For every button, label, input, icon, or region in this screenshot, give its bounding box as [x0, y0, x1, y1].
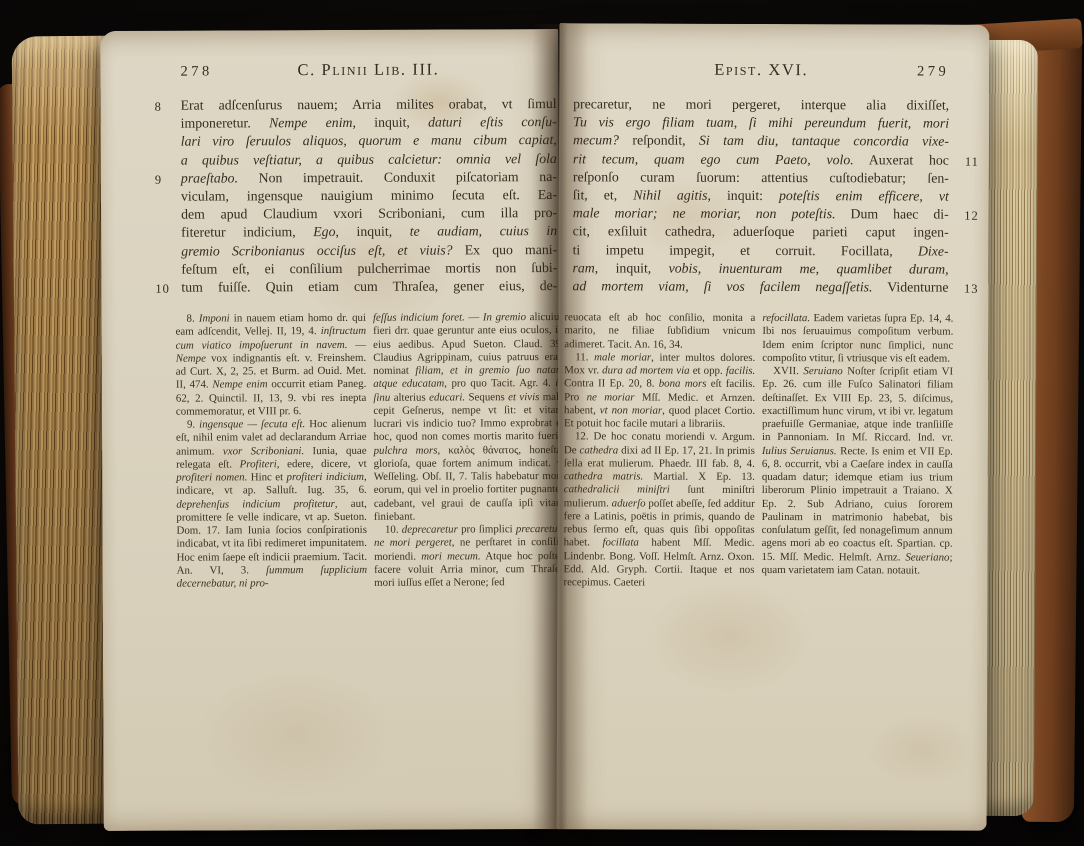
right-page-content: Epist. XVI. 279 precaretur, ne mori perg…: [573, 59, 949, 80]
italic-text: poteſtis enim efficere, vt: [779, 188, 949, 204]
text-line: mecum? reſpondit, Si tam diu, tantaque c…: [573, 132, 949, 152]
italic-text: Dixe-: [918, 243, 949, 258]
italic-text: cathedra matris.: [564, 470, 643, 482]
italic-text: refocillata.: [762, 312, 810, 324]
italic-text: vxor Scriboniani.: [223, 445, 304, 457]
text-line: 12male moriar; ne moriar, non poteſtis. …: [573, 205, 949, 225]
text-line: feſtum eſt, ei conſilium pulcherrimae mo…: [181, 259, 557, 279]
roman-text: —: [465, 311, 483, 323]
italic-text: ne moriar: [587, 391, 635, 403]
italic-text: Iulius Seruianus.: [762, 444, 837, 456]
roman-text: Hinc et: [247, 471, 286, 483]
italic-text: male moriar: [594, 351, 651, 363]
italic-text: ne mori pergeret: [374, 537, 452, 549]
roman-text: , inquit,: [595, 260, 669, 275]
text-line: 13ad mortem viam, ſi vos facilem negaſſe…: [572, 277, 948, 297]
right-page: Epist. XVI. 279 precaretur, ne mori perg…: [557, 23, 990, 830]
text-line: 11rit tecum, quam ego cum Paeto, volo. A…: [573, 150, 949, 170]
text-line: 8Erat adſcenſurus nauem; Arria milites o…: [181, 95, 557, 115]
right-page-header: Epist. XVI. 279: [573, 59, 949, 80]
italic-text: educari.: [429, 391, 465, 403]
left-running-title: C. Plinii Lib. III.: [232, 59, 504, 80]
text-line: fiteretur indicium, Ego, inquit, te audi…: [181, 222, 557, 242]
italic-text: vt non moriar: [600, 404, 662, 416]
italic-text: praeſtabo.: [181, 170, 238, 185]
roman-text: Ex quo mani-: [453, 242, 558, 257]
roman-text: 11.: [575, 351, 594, 363]
roman-text: , inquit:: [707, 188, 779, 203]
right-commentary: reuocata eſt ab hoc conſilio, monita a m…: [563, 311, 956, 591]
page-edges-left: [12, 36, 115, 825]
roman-text: pro ſimplici: [458, 523, 516, 535]
margin-section-number: 10: [155, 280, 170, 298]
italic-text: Nihil agitis: [633, 188, 707, 203]
roman-text: alterius: [390, 391, 429, 403]
roman-text: Recte. Is enim et VII Ep. 6, 8. occurrit…: [762, 445, 953, 563]
roman-text: ſit, et,: [573, 187, 633, 202]
roman-text: Videnturne: [872, 279, 948, 294]
text-line: viculam, ingensque nauigium minimo ſecut…: [181, 186, 557, 206]
roman-text: Contra II Ep. 20, 8.: [564, 378, 659, 390]
roman-text: 10.: [385, 524, 402, 536]
italic-text: Seruiano: [803, 365, 842, 377]
italic-text: ram: [573, 260, 595, 275]
italic-text: ingensque — ſecuta eſt.: [199, 418, 305, 430]
text-line: Tu vis ergo filiam tuam, ſi mihi pereund…: [573, 114, 949, 134]
italic-text: mori mecum.: [421, 550, 480, 562]
italic-text: lari viro ſeruulos aliquos, quorum e man…: [181, 132, 557, 149]
italic-text: Profiteri: [240, 458, 277, 470]
roman-text: imponeretur.: [181, 115, 269, 130]
text-line: cit, exſiluit cathedra, aduerſoque parie…: [573, 223, 949, 243]
text-line: reſponſo curam ſuorum: attentius cuſtodi…: [573, 168, 949, 188]
margin-section-number: 13: [964, 280, 979, 298]
roman-text: XVII.: [773, 365, 803, 377]
italic-text: daturi eſtis conſu-: [428, 114, 557, 130]
italic-text: precaretur: [516, 523, 562, 535]
commentary-paragraph: 8. Imponi in nauem etiam homo dr. qui ea…: [175, 312, 366, 419]
left-page-number: 278: [180, 63, 232, 80]
roman-text: 8.: [186, 313, 198, 325]
roman-text: viculam, ingensque nauigium minimo ſecut…: [181, 187, 557, 204]
italic-text: rit tecum, quam ego cum Paeto, volo.: [573, 151, 854, 167]
right-commentary-col2: refocillata. Eadem varietas ſupra Ep. 14…: [761, 312, 953, 591]
left-page: 278 C. Plinii Lib. III. 8Erat adſcenſuru…: [100, 29, 561, 831]
roman-text: precaretur, ne mori pergeret, interque a…: [573, 96, 949, 112]
book-photo: 278 C. Plinii Lib. III. 8Erat adſcenſuru…: [0, 0, 1084, 846]
italic-text: male moriar; ne moriar, non poteſtis.: [573, 206, 836, 222]
italic-text: deprecaretur: [402, 523, 458, 535]
text-line: lari viro ſeruulos aliquos, quorum e man…: [181, 131, 557, 151]
italic-text: bona mors: [659, 378, 707, 390]
roman-text: reſponſo curam ſuorum: attentius cuſtodi…: [573, 169, 949, 185]
italic-text: aduerſo: [612, 497, 646, 509]
commentary-paragraph: 11. male moriar, inter multos dolores. M…: [564, 351, 755, 431]
left-commentary-col1: 8. Imponi in nauem etiam homo dr. qui ea…: [175, 312, 367, 591]
italic-text: facilis.: [726, 365, 755, 377]
text-line: ti impetu impegit, et corruit. Focillata…: [573, 241, 949, 261]
italic-text: ad mortem viam, ſi vos facilem negaſſeti…: [572, 278, 872, 294]
roman-text: Erat adſcenſurus nauem; Arria milites or…: [181, 96, 557, 113]
italic-text: gremio Scribonianus occiſus eſt, et viui…: [181, 242, 452, 258]
italic-text: Imponi: [199, 312, 230, 324]
roman-text: reſpondit,: [619, 133, 699, 148]
italic-text: a quibus veſtiatur, a quibus calcietur: …: [181, 151, 557, 168]
roman-text: Sequens: [465, 391, 508, 403]
italic-text: Si tam diu, tantaque concordia vixe-: [699, 133, 949, 149]
italic-text: te audiam, cuius in: [410, 223, 557, 239]
roman-text: Non impetrauit. Conduxit piſcatoriam na-: [238, 169, 557, 185]
italic-text: Tu vis ergo filiam tuam, ſi mihi pereund…: [573, 115, 949, 131]
commentary-paragraph: XVII. Seruiano Noſter ſcripſit etiam VI …: [761, 365, 953, 578]
commentary-paragraph: 10. deprecaretur pro ſimplici precaretur…: [374, 523, 565, 590]
italic-text: Seueriano: [905, 551, 949, 563]
margin-section-number: 9: [155, 171, 162, 189]
text-line: precaretur, ne mori pergeret, interque a…: [573, 95, 949, 115]
roman-text: tum fuiſſe. Quin etiam cum Thraſea, gene…: [181, 278, 557, 295]
margin-section-number: 12: [964, 207, 979, 225]
text-line: dem apud Claudium vxori Scriboniani, cum…: [181, 204, 557, 224]
roman-text: et opp.: [690, 365, 726, 377]
right-page-number: 279: [897, 63, 949, 80]
roman-text: , pro quo Tacit. Agr. 4.: [444, 377, 555, 389]
italic-text: deprehenſus indicium profitetur: [176, 497, 335, 510]
italic-text: Nempe: [176, 352, 206, 364]
italic-text: profiteri nomen.: [176, 471, 247, 483]
commentary-paragraph: 9. ingensque — ſecuta eſt. Hoc alienum e…: [176, 418, 367, 591]
left-commentary: 8. Imponi in nauem etiam homo dr. qui ea…: [175, 311, 564, 591]
left-commentary-col2: feſſus indicium foret. — In gremio alicu…: [373, 311, 565, 590]
italic-text: feſſus indicium foret.: [373, 311, 465, 323]
commentary-paragraph: 12. De hoc conatu moriendi v. Argum. De …: [563, 431, 755, 591]
roman-text: , inquit,: [352, 115, 428, 130]
roman-text: Dum haec di-: [836, 206, 949, 221]
italic-text: dura ad mortem via: [602, 364, 689, 376]
italic-text: Nempe enim: [212, 379, 267, 391]
margin-section-number: 8: [155, 98, 162, 116]
commentary-paragraph: feſſus indicium foret. — In gremio alicu…: [373, 311, 564, 524]
text-line: 10tum fuiſſe. Quin etiam cum Thraſea, ge…: [181, 277, 557, 297]
text-line: ſit, et, Nihil agitis, inquit: poteſtis …: [573, 186, 949, 206]
text-line: a quibus veſtiatur, a quibus calcietur: …: [181, 150, 557, 170]
italic-text: pulchra mors: [374, 444, 438, 456]
roman-text: ti impetu impegit, et corruit. Focillata…: [573, 242, 918, 258]
italic-text: Ego: [313, 224, 335, 239]
italic-text: In gremio: [483, 311, 526, 323]
right-running-title: Epist. XVI.: [625, 59, 897, 80]
italic-text: vobis, inuenturam me, quamlibet duram,: [669, 260, 949, 276]
italic-text: focillata: [602, 537, 638, 549]
roman-text: dem apud Claudium vxori Scriboniani, cum…: [181, 205, 557, 222]
roman-text: , inquit,: [335, 224, 409, 239]
commentary-paragraph: refocillata. Eadem varietas ſupra Ep. 14…: [762, 312, 953, 366]
roman-text: cit, exſiluit cathedra, aduerſoque parie…: [573, 224, 949, 240]
text-line: ram, inquit, vobis, inuenturam me, quaml…: [573, 259, 949, 279]
right-main-text: precaretur, ne mori pergeret, interque a…: [572, 95, 949, 297]
text-line: gremio Scribonianus occiſus eſt, et viui…: [181, 241, 557, 261]
roman-text: fiteretur indicium,: [181, 224, 313, 240]
roman-text: reuocata eſt ab hoc conſilio, monita a m…: [564, 311, 755, 350]
roman-text: Martial. X Ep. 13.: [643, 471, 755, 483]
roman-text: —: [347, 338, 366, 350]
margin-section-number: 11: [965, 152, 979, 170]
roman-text: , edere, dicere, vt: [277, 458, 367, 470]
italic-text: et vivis: [508, 391, 539, 403]
text-line: imponeretur. Nempe enim, inquit, daturi …: [181, 113, 557, 133]
right-commentary-col1: reuocata eſt ab hoc conſilio, monita a m…: [563, 311, 755, 590]
text-line: 9praeſtabo. Non impetrauit. Conduxit piſ…: [181, 168, 557, 188]
italic-text: Nempe enim: [269, 115, 352, 130]
italic-text: cathedralicii miniſtri: [564, 484, 670, 496]
roman-text: 9.: [187, 419, 199, 431]
italic-text: cathedra: [580, 444, 619, 456]
roman-text: feſtum eſt, ei conſilium pulcherrimae mo…: [181, 260, 557, 277]
italic-text: profiteri indicium: [287, 471, 364, 483]
left-page-header: 278 C. Plinii Lib. III.: [180, 59, 556, 81]
left-page-content: 278 C. Plinii Lib. III. 8Erat adſcenſuru…: [180, 59, 556, 81]
italic-text: mecum?: [573, 133, 619, 148]
roman-text: Auxerat hoc: [854, 152, 949, 167]
commentary-paragraph: reuocata eſt ab hoc conſilio, monita a m…: [564, 311, 755, 351]
left-main-text: 8Erat adſcenſurus nauem; Arria milites o…: [181, 95, 558, 297]
